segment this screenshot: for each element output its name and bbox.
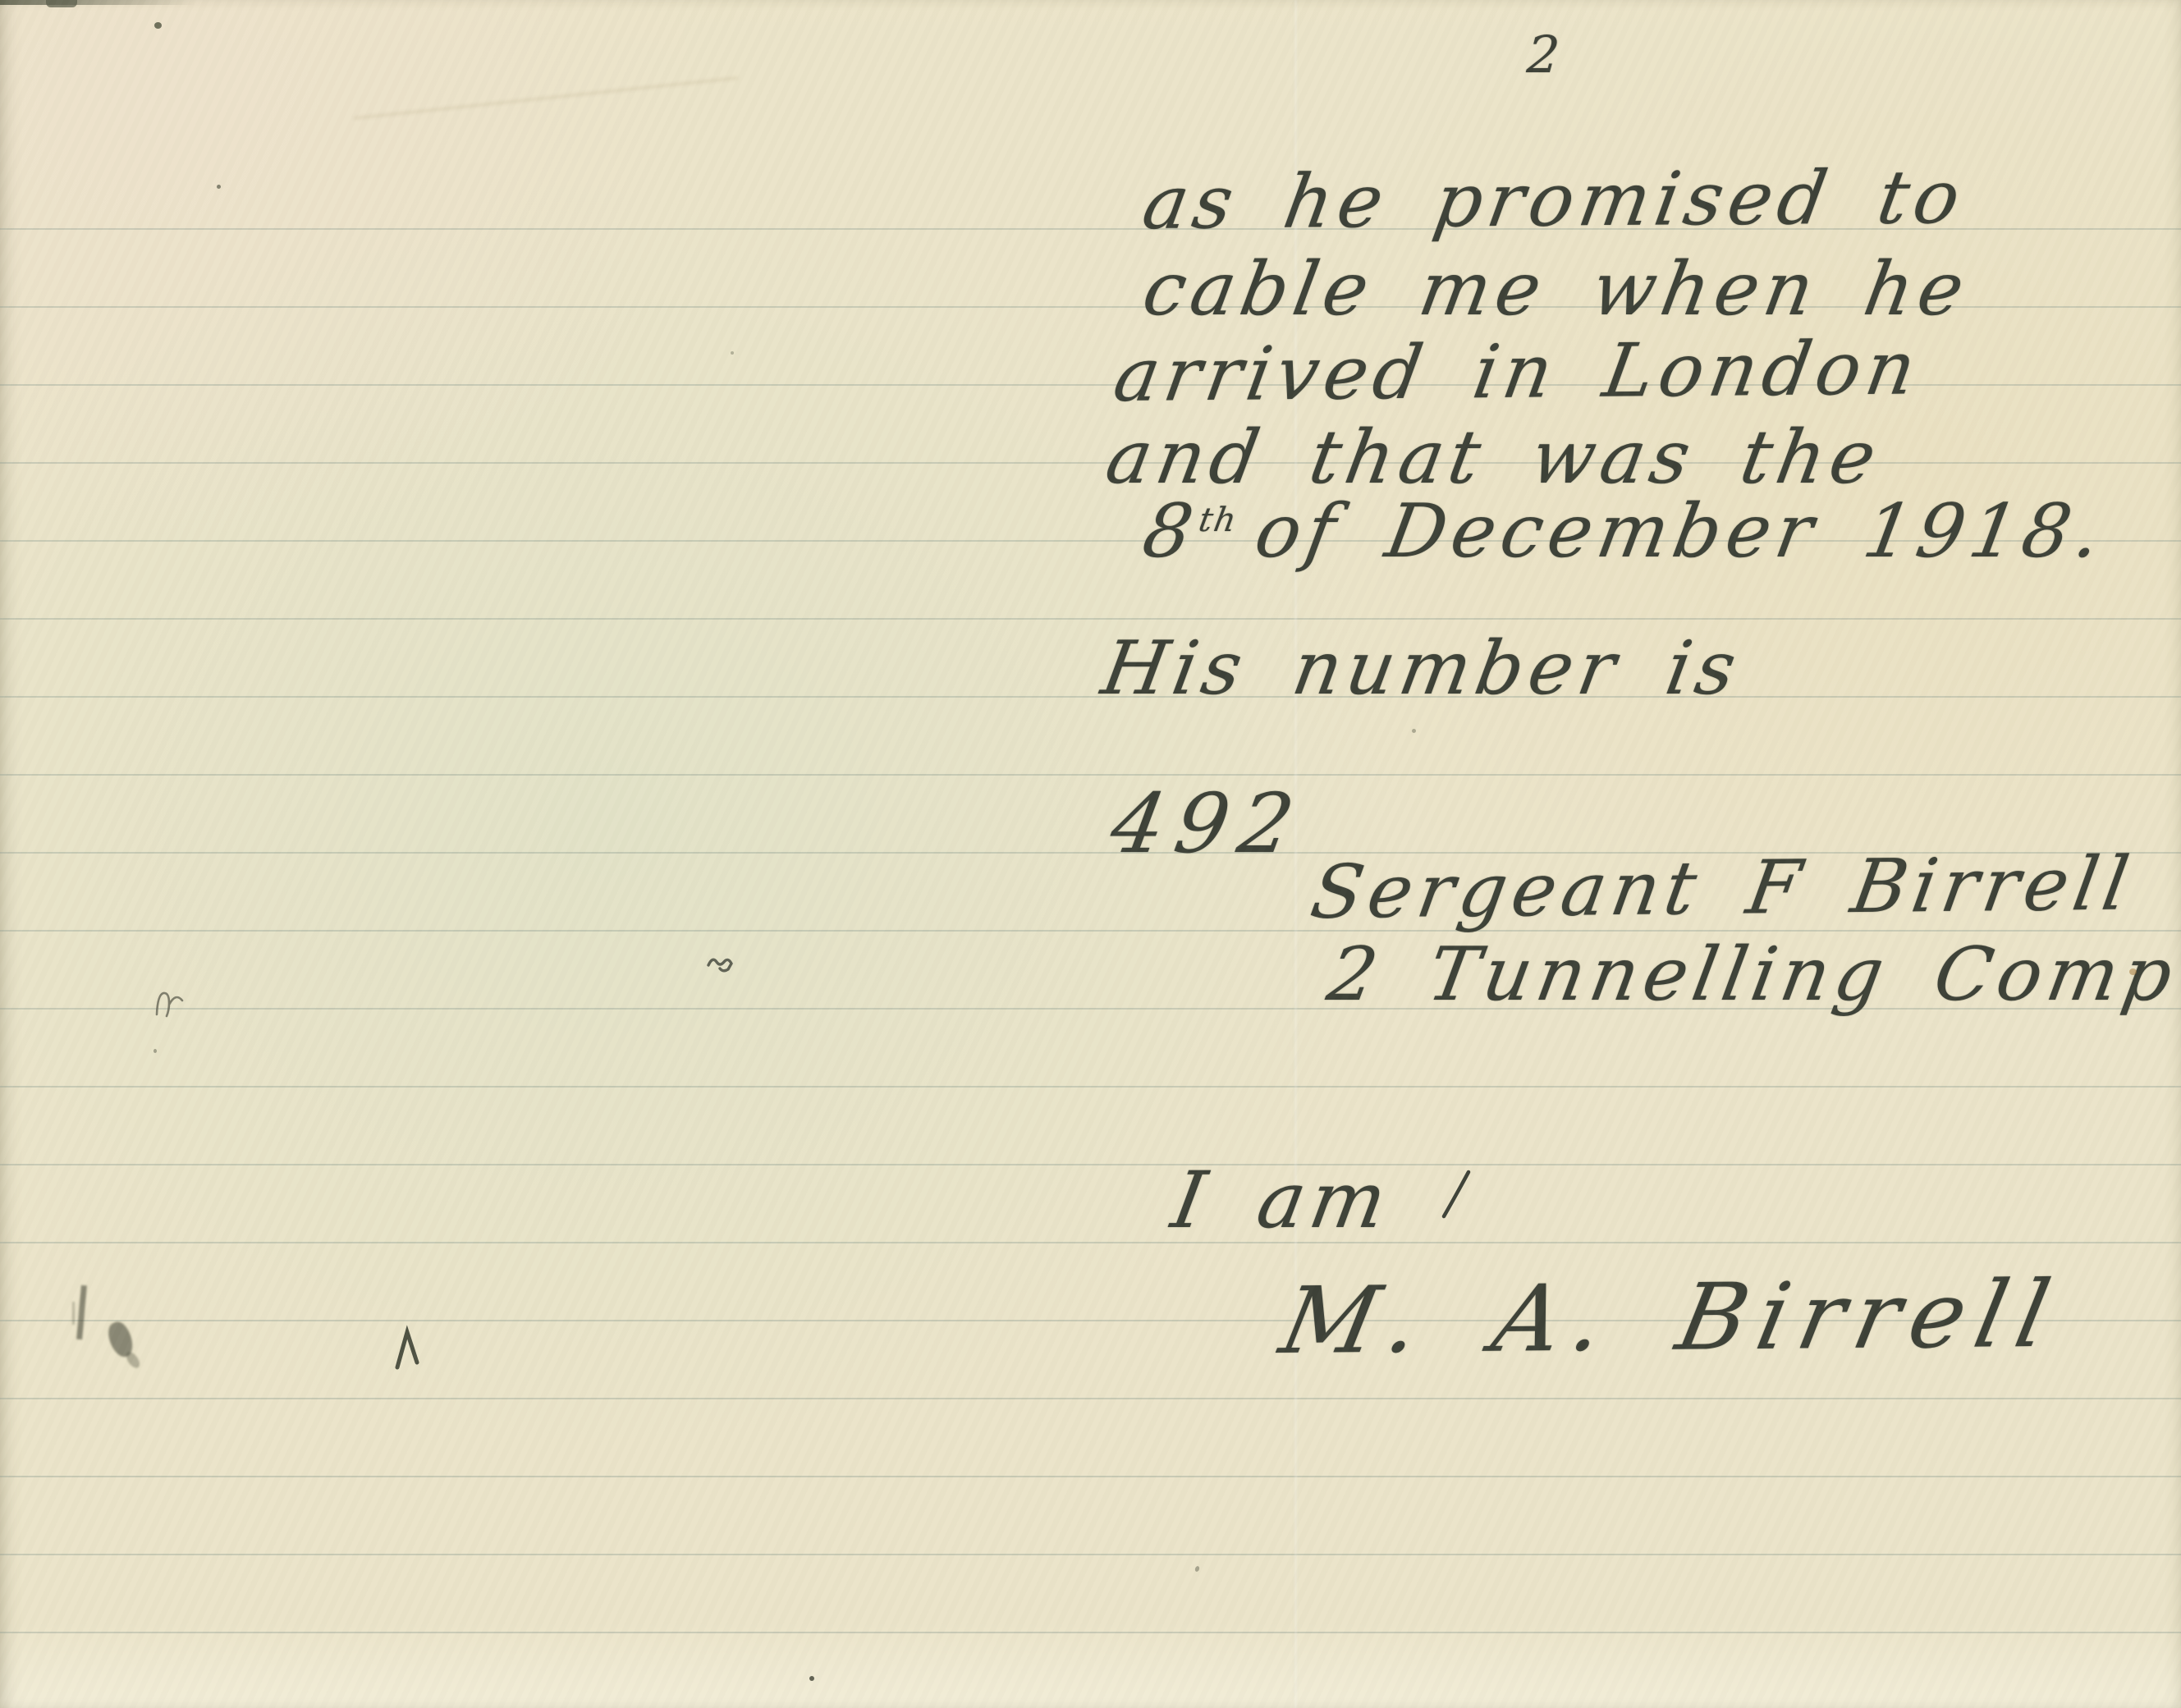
caret-mark xyxy=(394,1328,422,1371)
page-number: 2 xyxy=(1525,25,1562,85)
date-rest: of December 1918. xyxy=(1249,488,2113,575)
ink-smudge-streak xyxy=(76,1285,87,1339)
handwritten-line: as he promised to xyxy=(1137,154,1972,246)
handwritten-line: cable me when he xyxy=(1137,246,1976,332)
paper-speck xyxy=(1412,729,1416,733)
diagonal-crease xyxy=(354,76,738,119)
rank-and-name-line: Sergeant F Birrell xyxy=(1305,841,2140,936)
ink-smudge-streak xyxy=(72,1302,75,1325)
paper-speck xyxy=(1194,1565,1200,1572)
handwritten-line: arrived in London xyxy=(1108,325,1927,419)
letter-page: 2 as he promised to cable me when he arr… xyxy=(0,0,2181,1708)
signature: M. A. Birrell xyxy=(1272,1262,2069,1375)
date-ordinal: th xyxy=(1196,500,1241,539)
closing-line: I am xyxy=(1166,1156,1399,1246)
paper-speck xyxy=(153,1049,157,1053)
handwritten-date-line: 8thof December 1918. xyxy=(1137,488,2113,575)
service-number: 492 xyxy=(1104,776,1313,872)
pen-tick-mark xyxy=(1439,1169,1473,1220)
rust-speck xyxy=(2129,968,2137,975)
pencil-n-mark xyxy=(153,987,187,1019)
scan-edge-notch xyxy=(46,0,77,7)
scan-edge-artifact xyxy=(0,0,195,5)
unit-line: 2 Tunnelling Comp xyxy=(1322,932,2181,1018)
paper-speck xyxy=(809,1676,814,1681)
ink-smudge-blob xyxy=(124,1350,142,1371)
paper-speck xyxy=(731,351,734,355)
date-day: 8 xyxy=(1137,488,1205,575)
paper-speck xyxy=(217,185,221,189)
paper-speck xyxy=(154,22,162,29)
number-intro-line: His number is xyxy=(1096,625,1748,712)
ink-squiggle-mark xyxy=(706,950,734,973)
